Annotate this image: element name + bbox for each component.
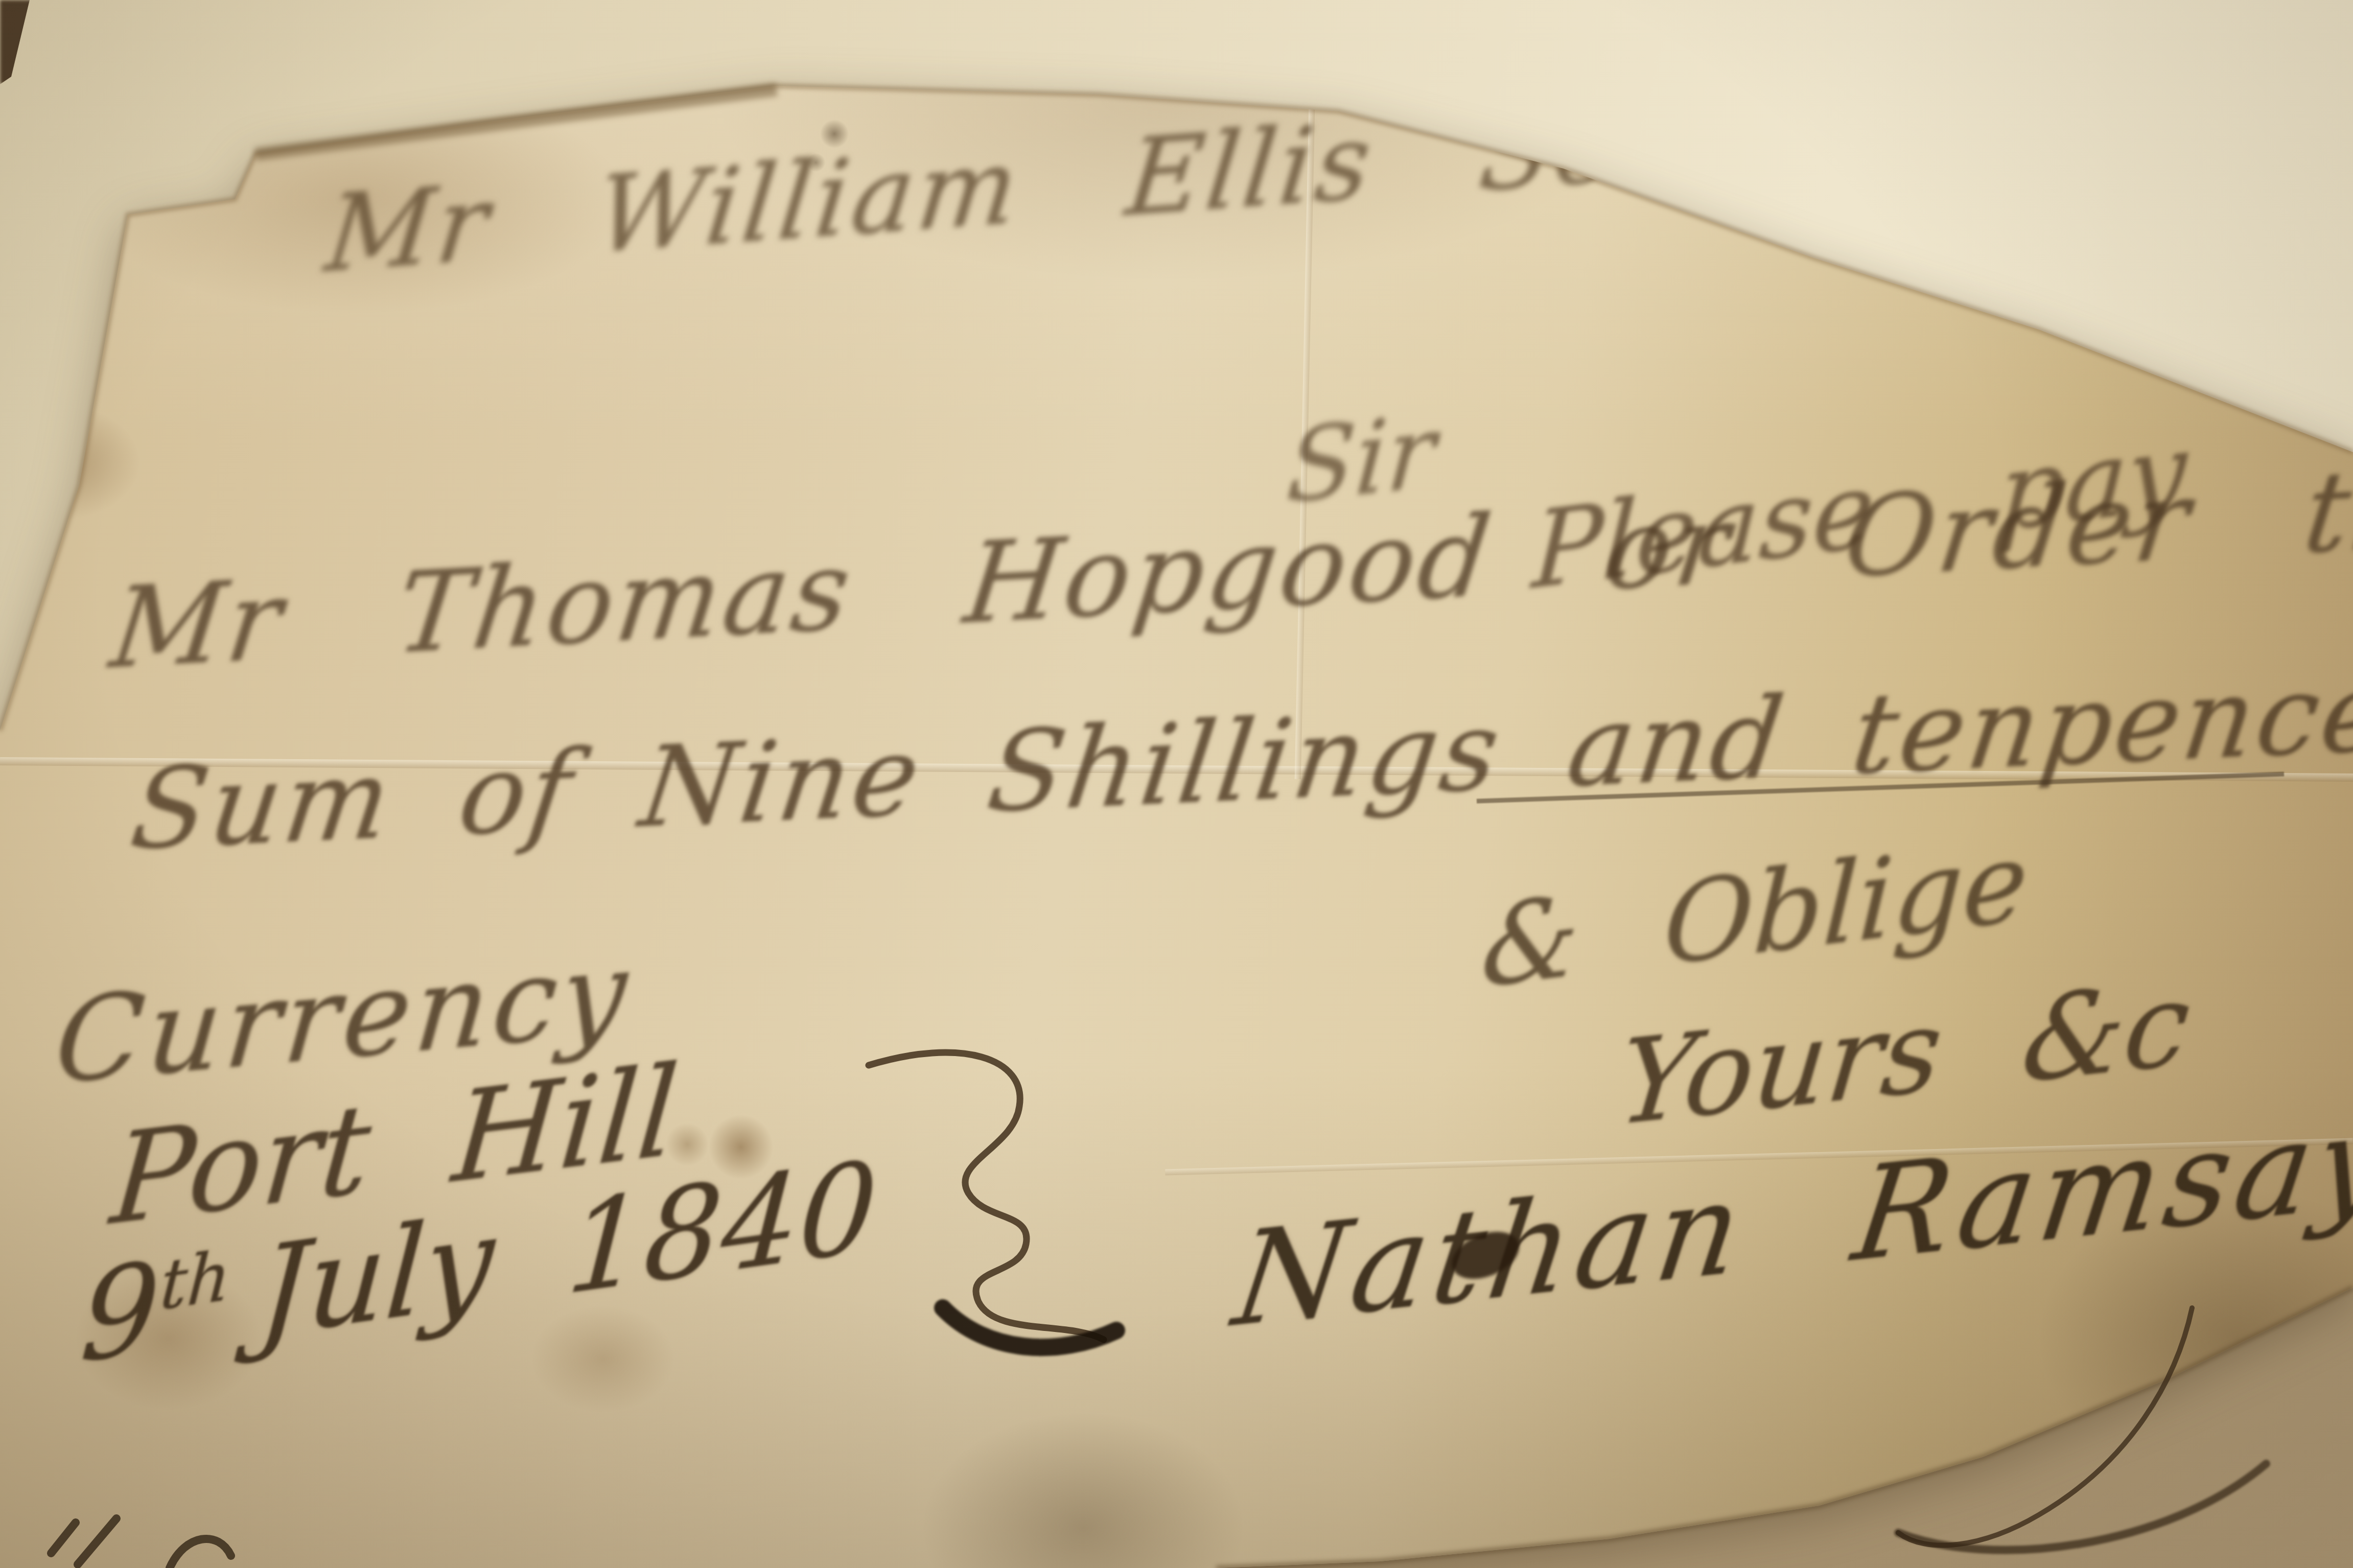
signature-tail-flourish <box>1898 1308 2192 1546</box>
flourish-squiggle <box>869 1052 1104 1340</box>
bottom-cutoff-ink-marks <box>51 1518 231 1568</box>
paper-top-edge-dark-band <box>255 89 777 154</box>
photo-of-handwritten-note: Mr William Ellis Senr Sir Please pay Mr … <box>0 0 2353 1568</box>
paper-bottom-edge-shadow <box>1216 1288 2353 1568</box>
ink-flourish-overlay <box>0 0 2353 1568</box>
paper-top-edge-shadow <box>0 86 2353 731</box>
tenpence-strike-line <box>1477 774 2284 801</box>
signature-tail-hook <box>1898 1464 2266 1550</box>
